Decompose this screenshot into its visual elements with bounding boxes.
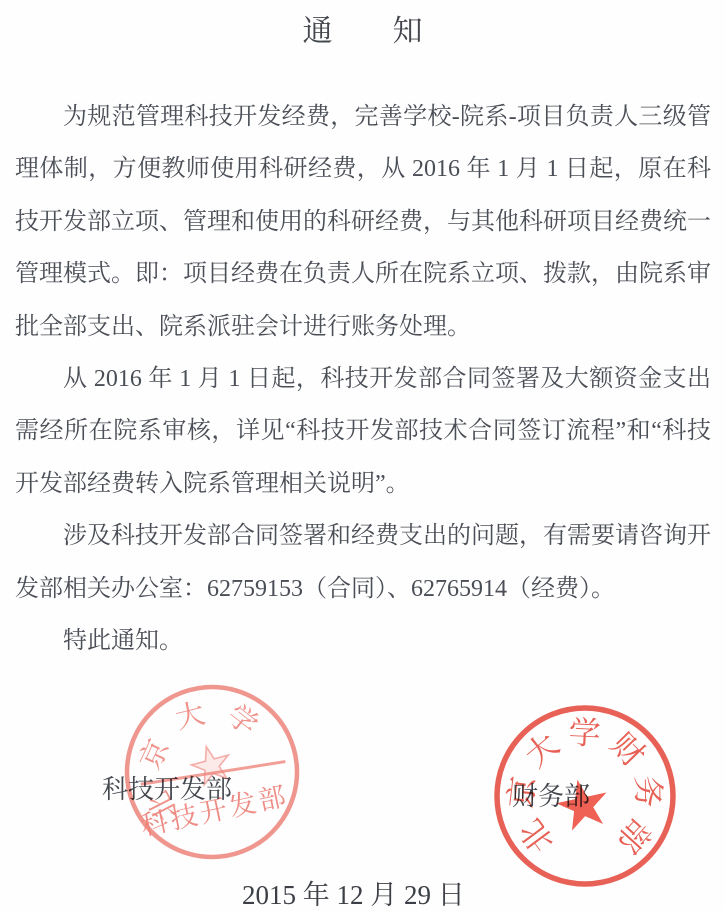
paragraph-fund-management: 为规范管理科技开发经费，完善学校-院系-项目负责人三级管理体制，方便教师使用科研… — [15, 91, 711, 353]
signature-tech-development-dept: 科技开发部 — [102, 769, 232, 806]
seal-left-arc-text: 北京大学 — [107, 667, 277, 848]
notice-document-page: 通 知 为规范管理科技开发经费，完善学校-院系-项目负责人三级管理体制，方便教师… — [0, 0, 725, 911]
paragraph-contact-info: 涉及科技开发部合同签署和经费支出的问题，有需要请咨询开发部相关办公室：62759… — [15, 510, 711, 615]
paragraph-contract-review: 从 2016 年 1 月 1 日起，科技开发部合同签署及大额资金支出需经所在院系… — [15, 353, 711, 510]
notice-body: 为规范管理科技开发经费，完善学校-院系-项目负责人三级管理体制，方便教师使用科研… — [15, 91, 711, 667]
page-title: 通 知 — [0, 6, 725, 50]
paragraph-closing: 特此通知。 — [15, 615, 711, 667]
notice-date: 2015 年 12 月 29 日 — [242, 873, 465, 911]
signature-finance-dept: 财务部 — [512, 776, 590, 813]
